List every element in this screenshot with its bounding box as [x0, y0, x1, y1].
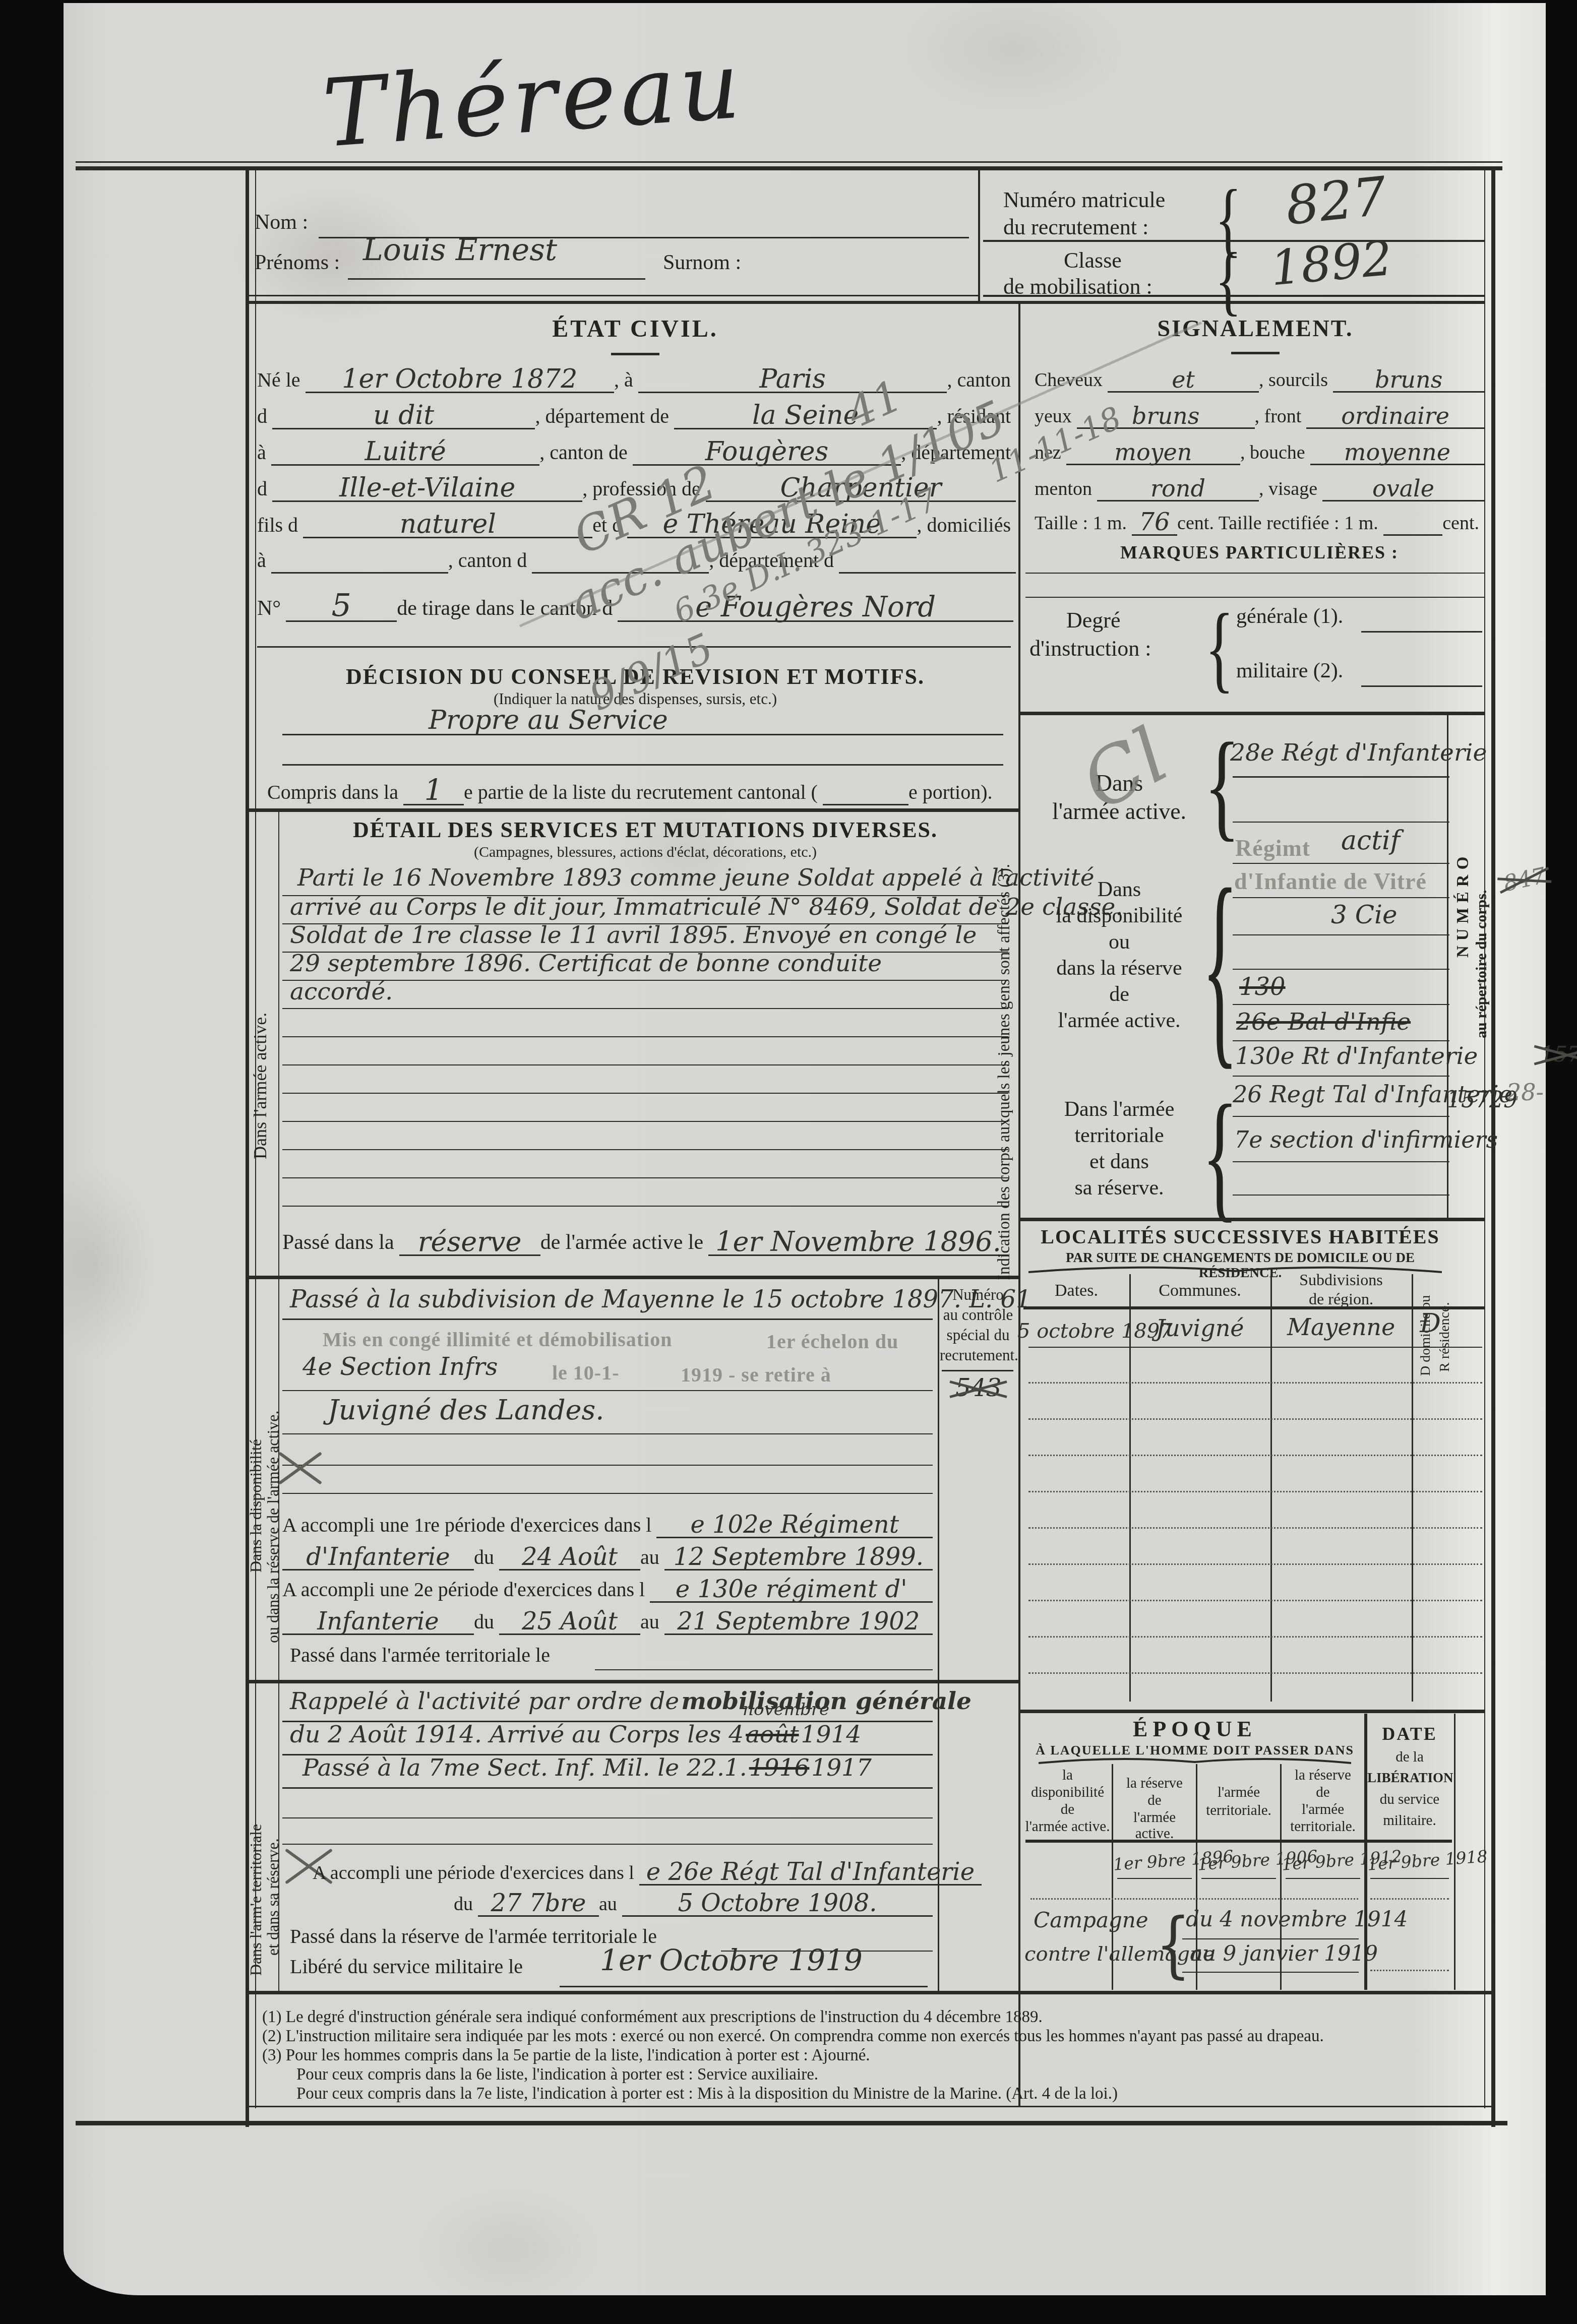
epoque-vline-u2 — [1117, 1878, 1192, 1879]
regiment-vitre-stamp-1: Régimt — [1235, 835, 1310, 861]
service-rule-6 — [282, 1036, 1008, 1037]
frame-top-heavy — [76, 166, 1502, 170]
ctrl-number-crossed: 543 — [955, 1377, 1002, 1400]
decision-line-1 — [282, 734, 1003, 735]
service-rule-5 — [282, 1008, 1008, 1009]
epoque-dot-1b — [1370, 1898, 1449, 1900]
novembre-interline: novembre — [743, 1702, 829, 1718]
localites-dot-1 — [1028, 1382, 1482, 1384]
corps-arrival-correction: novembre août — [746, 1724, 799, 1746]
localites-top-heavy — [1020, 1218, 1484, 1221]
demob-stamp-1: Mis en congé illimité et démobilisation — [323, 1328, 672, 1351]
terr-rule-4 — [282, 1817, 933, 1818]
degre-generale-line — [1361, 631, 1482, 633]
epoque-vline-u5 — [1370, 1878, 1449, 1879]
dispo-rule-5 — [282, 1493, 933, 1494]
aa-regiment-value: 28e Régt d'Infanterie — [1230, 742, 1452, 765]
localites-dot-6 — [1028, 1563, 1482, 1565]
epoque-col5-liberation: LIBÉRATION — [1367, 1770, 1452, 1785]
bouche-label: , bouche — [1240, 442, 1310, 465]
footnote-1: (1) Le degré d'instruction générale sera… — [262, 2008, 1043, 2027]
frame-bottom-hair — [248, 2106, 1493, 2107]
epoque-col4-d: territoriale. — [1282, 1818, 1364, 1835]
header-bottom-hair — [248, 295, 978, 296]
epoque-col3-b: territoriale. — [1197, 1802, 1280, 1818]
periode-terr-du: du — [454, 1893, 478, 1917]
localites-dot-3 — [1028, 1455, 1482, 1456]
terr-rule-5 — [282, 1844, 933, 1845]
epoque-col5-militaire: militaire. — [1367, 1812, 1452, 1829]
epoque-value-liberation: 1er 9bre 1918 — [1367, 1851, 1452, 1872]
detail-top-heavy — [248, 808, 1018, 812]
numero-crossed-1579: 1579 — [1541, 1044, 1577, 1064]
terr-r-line-1 — [1233, 1116, 1449, 1117]
dispo-r-line-7 — [1233, 1076, 1449, 1077]
epoque-col5-date: DATE — [1367, 1724, 1452, 1744]
margin-label-dispo-2: ou dans la réserve de l'armée active. — [264, 1300, 282, 1643]
dispo-rule-1 — [282, 1318, 933, 1320]
epoque-vline-u3 — [1201, 1878, 1276, 1879]
terr-label-3: et dans — [1039, 1150, 1200, 1174]
degre-militaire-label: militaire (2). — [1236, 659, 1343, 683]
localites-dot-4 — [1028, 1491, 1482, 1492]
front-value: ordinaire — [1306, 405, 1484, 429]
prenoms-line — [348, 278, 645, 280]
a3-blank — [271, 572, 448, 574]
margin-label-terr-2: et dans sa réserve. — [264, 1744, 282, 1956]
periode-1-row-2: d'Infanterie du 24 Août au 12 Septembre … — [282, 1545, 933, 1571]
degre-brace: { — [1205, 600, 1234, 697]
degre-label-2: d'instruction : — [1029, 636, 1151, 661]
periode-2-row-2: Infanterie du 25 Août au 21 Septembre 19… — [282, 1610, 933, 1635]
libere-label: Libéré du service militaire le — [290, 1956, 523, 1978]
epoque-col1-d: l'armée active. — [1023, 1818, 1112, 1835]
dispo-label-2: la disponibilité — [1039, 904, 1200, 928]
periode-terr-regiment: e 26e Régt Tal d'Infanterie — [639, 1861, 982, 1886]
passe-reserve-value-1: réserve — [399, 1229, 540, 1256]
visage-value: ovale — [1322, 478, 1484, 501]
compris-row: Compris dans la 1 e partie de la liste d… — [267, 776, 1003, 805]
degre-militaire-line — [1361, 685, 1482, 687]
periode-terr-label: A accompli une période d'exercices dans … — [313, 1862, 639, 1886]
service-rule-8 — [282, 1093, 1008, 1094]
marques-line-2 — [1025, 597, 1484, 598]
subdivision-line: Passé à la subdivision de Mayenne le 15 … — [290, 1288, 1032, 1311]
localites-row1-commune: Juvigné — [1132, 1317, 1268, 1340]
passe-reserve-label-b: de l'armée active le — [540, 1230, 709, 1256]
demob-stamp-3: 1919 - se retire à — [681, 1363, 831, 1387]
localites-col-subdiv-2: de région. — [1273, 1290, 1409, 1308]
periode-2-regiment: e 130e régiment d' — [650, 1578, 933, 1603]
epoque-col2-b: de — [1113, 1792, 1196, 1808]
campagne-label-1: Campagne — [1034, 1910, 1148, 1930]
localites-col-dr-1: D domicile ou — [1418, 1230, 1433, 1376]
aa-line-2 — [1233, 822, 1449, 823]
d-label: d — [257, 404, 272, 429]
localites-dot-9 — [1028, 1672, 1482, 1674]
departement-label: , département de — [535, 404, 674, 429]
epoque-col5-service: du service — [1367, 1791, 1452, 1807]
terr-rule-3 — [282, 1787, 933, 1789]
canton-value: u dit — [272, 403, 535, 429]
degre-label-1: Degré — [1066, 608, 1121, 633]
terr-label-1: Dans l'armée — [1039, 1098, 1200, 1121]
ctrl-label-3: spécial du — [940, 1327, 1016, 1344]
septieme-section-line: Passé à la 7me Sect. Inf. Mil. le 22.1. … — [302, 1757, 872, 1780]
service-rule-11 — [282, 1177, 1008, 1178]
header-bottom-heavy — [248, 301, 1484, 304]
ctrl-underline — [942, 1370, 1013, 1371]
libere-value: 1er Octobre 1919 — [600, 1946, 863, 1974]
signalement-dash — [1231, 352, 1280, 354]
classe-label-1: Classe — [1064, 248, 1122, 273]
numero-15729: 15729 — [1447, 1090, 1518, 1111]
classe-value: 1892 — [1269, 236, 1394, 292]
campagne-date-debut: du 4 novembre 1914 — [1186, 1909, 1408, 1929]
cent-label: cent. — [1442, 512, 1484, 536]
epoque-value-reserve-terr: 1er 9bre 1912 — [1281, 1851, 1365, 1872]
section-infirmiers: 7e section d'infirmiers — [1234, 1129, 1498, 1151]
service-rule-9 — [282, 1121, 1008, 1122]
epoque-dot-1 — [1030, 1898, 1358, 1900]
matricule-value: 827 — [1283, 171, 1389, 232]
periode-2-au: au — [640, 1610, 664, 1635]
margin-label-terr-1: Dans l'arm'e territoriale — [247, 1724, 265, 1976]
epoque-swash-ornament — [1039, 1757, 1351, 1765]
classe-brace: { — [1215, 241, 1242, 319]
regiment-vitre-stamp-2: d'Infantie de Vitré — [1234, 868, 1427, 895]
bouche-value: moyenne — [1310, 442, 1484, 465]
detail-subtitle: (Campagnes, blessures, actions d'éclat, … — [282, 844, 1008, 861]
frame-top-hair — [76, 161, 1502, 163]
septieme-section-text: Passé à la 7me Sect. Inf. Mil. le 22.1. — [302, 1754, 747, 1782]
periode-2-arme: Infanterie — [282, 1610, 474, 1635]
dispo-top-heavy — [248, 1276, 1018, 1279]
localites-title: LOCALITÉS SUCCESSIVES HABITÉES — [1023, 1226, 1457, 1248]
epoque-value-territoriale: 1er 9bre 1906 — [1197, 1851, 1281, 1872]
marques-label: MARQUES PARTICULIÈRES : — [1035, 542, 1484, 562]
epoque-col1-c: de — [1023, 1801, 1112, 1817]
year-corrected: 1917 — [811, 1754, 872, 1782]
numero-repertoire-label-2: au répertoire du corps. — [1473, 726, 1490, 1038]
rappele-line-1: Rappelé à l'activité par ordre de mobili… — [290, 1690, 972, 1713]
epoque-col2-a: la réserve — [1113, 1775, 1196, 1791]
margin-label-dispo-1: Dans la disponibilité — [247, 1361, 265, 1573]
dispo-label-1: Dans — [1039, 878, 1200, 902]
birth-date-value: 1er Octobre 1872 — [306, 367, 615, 393]
dispo-r-line-6 — [1233, 1040, 1449, 1041]
periode-2-row-1: A accompli une 2e période d'exercices da… — [282, 1578, 933, 1603]
regiment-vitre-actif: actif — [1341, 829, 1400, 853]
taille-row: Taille : 1 m. 76 cent. Taille rectifiée … — [1035, 511, 1484, 536]
epoque-value-reserve-active: 1er 9bre 1896 — [1113, 1851, 1196, 1872]
residence-value: Luitré — [271, 439, 540, 466]
taille-rectifiee-label: cent. Taille rectifiée : 1 m. — [1177, 512, 1383, 536]
decision-line-2 — [282, 764, 1003, 766]
periode-1-date-fin: 12 Septembre 1899. — [664, 1546, 933, 1571]
periode-terr-au: au — [599, 1893, 622, 1917]
localites-row1-dr: D — [1413, 1311, 1448, 1336]
epoque-top-heavy — [1020, 1710, 1484, 1713]
fils-de-label: fils d — [257, 513, 303, 538]
terr-r-line-3 — [1233, 1195, 1449, 1196]
terr-top-heavy — [248, 1680, 1018, 1683]
periode-2-label: A accompli une 2e période d'exercices da… — [282, 1578, 650, 1603]
localites-col-subdiv-1: Subdivisions — [1273, 1271, 1409, 1289]
marques-line-1 — [1025, 573, 1484, 574]
epoque-col1-b: disponibilité — [1023, 1784, 1112, 1800]
dispo-rule-3 — [282, 1433, 933, 1434]
dispo-r-line-3 — [1233, 934, 1449, 935]
reserve-row: Passé dans la réserve de l'armée active … — [282, 1229, 1008, 1256]
sourcils-label: , sourcils — [1259, 369, 1333, 393]
periode-1-label: A accompli une 1re période d'exercices d… — [282, 1513, 656, 1538]
campagne-line-1 — [1182, 1938, 1359, 1939]
surnom-label: Surnom : — [663, 251, 741, 275]
service-rule-12 — [282, 1206, 1008, 1207]
numero-tirage-value: 5 — [286, 591, 397, 622]
dispo-label-3: ou — [1039, 930, 1200, 954]
footnote-5: Pour ceux compris dans la 7e liste, l'in… — [296, 2085, 1118, 2103]
periode-1-row-1: A accompli une 1re période d'exercices d… — [282, 1513, 933, 1538]
rightcol-heavy-1 — [1020, 712, 1484, 715]
margin-label-armee-active: Dans l'armée active. — [250, 907, 270, 1159]
taille-value: 76 — [1132, 511, 1177, 536]
passe-reserve-value-2: 1er Novembre 1896. — [708, 1229, 1008, 1256]
prenoms-value: Louis Ernest — [363, 236, 557, 265]
header-divider — [978, 170, 980, 302]
periode-1-au: au — [640, 1545, 664, 1571]
a2-label: à — [257, 441, 271, 466]
numero-tirage-label: N° — [257, 596, 286, 622]
periode-terr-row-2: du 27 7bre au 5 Octobre 1908. — [454, 1892, 933, 1917]
passe-reserve-label-a: Passé dans la — [282, 1230, 399, 1256]
body-divider — [1018, 301, 1020, 2107]
ctrl-label-1: Numéro — [940, 1286, 1016, 1304]
degre-generale-label: générale (1). — [1236, 605, 1343, 629]
footer-top-heavy — [248, 1991, 1491, 1994]
epoque-header-rule — [1025, 1840, 1452, 1843]
ne-le-label: Né le — [257, 368, 306, 393]
rappele-line-2: du 2 Août 1914. Arrivé au Corps les 4 no… — [290, 1724, 861, 1746]
etat-civil-title: ÉTAT CIVIL. — [257, 316, 1013, 343]
service-line-1: Parti le 16 Novembre 1893 comme jeune So… — [297, 867, 1095, 890]
matricule-label-2: du recrutement : — [1003, 215, 1148, 239]
service-line-3: Soldat de 1re classe le 11 avril 1895. E… — [290, 924, 977, 947]
a-label: , à — [614, 368, 638, 393]
sourcils-value: bruns — [1333, 369, 1484, 393]
corps-arrival-text: du 2 Août 1914. Arrivé au Corps les 4 — [290, 1721, 744, 1748]
footnote-4: Pour ceux compris dans la 6e liste, l'in… — [296, 2065, 818, 2084]
value-130-crossed: 130 — [1239, 976, 1286, 999]
periode-2-date-debut: 25 Août — [499, 1610, 640, 1635]
matricule-label-1: Numéro matricule — [1003, 187, 1165, 212]
epoque-title: ÉPOQUE — [1023, 1717, 1366, 1741]
localites-row1-date: 5 octobre 1897 — [1017, 1322, 1133, 1341]
dispo-label-4: dans la réserve — [1039, 957, 1200, 980]
epoque-subtitle: À LAQUELLE L'HOMME DOIT PASSER DANS — [1023, 1743, 1366, 1757]
year-crossed: 1916 — [749, 1754, 810, 1782]
corps-arrival-year: 1914 — [801, 1721, 862, 1748]
service-rule-10 — [282, 1149, 1008, 1150]
dispo-rule-4 — [282, 1465, 933, 1466]
canton-de-label: , canton de — [539, 441, 632, 466]
epoque-col4-c: l'armée — [1282, 1801, 1364, 1817]
passe-territoriale-blank — [595, 1669, 933, 1670]
localites-dot-2 — [1028, 1418, 1482, 1420]
libere-line — [560, 1986, 928, 1987]
frame-bottom-heavy — [76, 2121, 1507, 2125]
dispo-r-line-5 — [1233, 1004, 1449, 1005]
scanned-register-page: Théreau Nom : Prénoms : Louis Ernest Sur… — [0, 0, 1577, 2324]
aout-crossed: août — [746, 1721, 799, 1748]
localites-col-dates: Dates. — [1023, 1281, 1129, 1300]
epoque-vline-u4 — [1286, 1878, 1360, 1879]
rappele-text: Rappelé à l'activité par ordre de — [290, 1687, 679, 1715]
localites-col-communes: Communes. — [1132, 1281, 1268, 1300]
terr-r-line-2 — [1233, 1161, 1449, 1162]
service-line-5: accordé. — [290, 981, 393, 1003]
periode-terr-row-1: A accompli une période d'exercices dans … — [313, 1861, 933, 1886]
ctrl-label-2: au contrôle — [940, 1306, 1016, 1324]
numero-repertoire-label-1: NUMÉRO — [1454, 786, 1473, 958]
nom-label: Nom : — [255, 211, 308, 234]
epoque-col4-a: la réserve — [1282, 1767, 1364, 1783]
decision-value: Propre au Service — [429, 708, 668, 733]
compagnie-value: 3 Cie — [1331, 903, 1398, 927]
demob-stamp-1b: 1er échelon du — [766, 1330, 898, 1353]
dispo-brace: { — [1202, 857, 1238, 1076]
footnote-3: (3) Pour les hommes compris dans la 5e p… — [262, 2046, 870, 2065]
localites-dot-8 — [1028, 1636, 1482, 1638]
detail-title: DÉTAIL DES SERVICES ET MUTATIONS DIVERSE… — [282, 818, 1008, 842]
etat-civil-dash — [611, 353, 659, 355]
retire-place: Juvigné des Landes. — [328, 1397, 604, 1423]
compris-value: 1 — [403, 776, 464, 805]
departement2-value: Ille-et-Vilaine — [272, 476, 582, 502]
d2-label: d — [257, 477, 272, 502]
dispo-r-line-1 — [1233, 863, 1449, 864]
passe-territoriale-label: Passé dans l'armée territoriale le — [290, 1644, 550, 1667]
aa-line-1 — [1233, 776, 1449, 778]
localites-header-rule — [1023, 1306, 1484, 1309]
epoque-col3-a: l'armée — [1197, 1784, 1280, 1800]
bataillon-26-crossed: 26e Bal d'Infie — [1236, 1011, 1411, 1034]
service-line-4: 29 septembre 1896. Certificat de bonne c… — [290, 953, 882, 975]
compris-label-a: Compris dans la — [267, 780, 403, 805]
campagne-date-fin: au 9 janvier 1919 — [1190, 1943, 1378, 1964]
service-rule-7 — [282, 1064, 1008, 1065]
dispo-label-6: l'armée active. — [1039, 1009, 1200, 1033]
regiment-130-value: 130e Rt d'Infanterie — [1235, 1045, 1478, 1068]
front-label: , front — [1255, 405, 1307, 429]
portion-blank — [823, 804, 908, 805]
periode-2-date-fin: 21 Septembre 1902 — [664, 1610, 933, 1635]
margin-label-corps-affectes: Indication des corps auxquels les jeunes… — [995, 746, 1014, 1280]
compris-label-b: e partie de la liste du recrutement cant… — [464, 780, 823, 805]
nom-signature: Théreau — [320, 41, 747, 159]
ctrl-label-4: recrutement. — [940, 1347, 1016, 1364]
periode-1-regiment: e 102e Régiment — [656, 1514, 933, 1538]
epoque-dot-2b — [1370, 1970, 1449, 1971]
periode-2-du: du — [474, 1610, 499, 1635]
margin-x-mark-1 — [276, 1436, 324, 1497]
periode-1-arme: d'Infanterie — [282, 1546, 474, 1571]
periode-terr-date-debut: 27 7bre — [478, 1892, 599, 1917]
epoque-col4-b: de — [1282, 1784, 1364, 1800]
terr-label-4: sa réserve. — [1039, 1176, 1200, 1200]
localites-dot-5 — [1028, 1527, 1482, 1529]
dispo-label-5: de — [1039, 983, 1200, 1007]
localites-dot-7 — [1028, 1600, 1482, 1601]
compris-label-c: e portion). — [908, 780, 998, 805]
visage-label: , visage — [1259, 478, 1322, 501]
dispo-rule-2 — [282, 1390, 933, 1391]
campagne-line-2 — [1182, 1972, 1359, 1973]
prenoms-label: Prénoms : — [255, 251, 340, 275]
taille-rectifiee-blank — [1383, 534, 1442, 536]
dispo-r-line-2 — [1233, 897, 1449, 898]
footnote-2: (2) L'instruction militaire sera indiqué… — [262, 2027, 1324, 2046]
localites-row1-line — [1028, 1347, 1482, 1348]
localites-col-dr-2: R résidence. — [1437, 1236, 1452, 1372]
periode-1-du: du — [474, 1545, 499, 1571]
epoque-col5-dela: de la — [1367, 1749, 1452, 1765]
dispo-r-line-4 — [1233, 969, 1449, 970]
a3-label: à — [257, 548, 271, 574]
terr-label-2: territoriale — [1039, 1124, 1200, 1148]
localites-row1-subdivision: Mayenne — [1273, 1316, 1409, 1339]
periode-terr-date-fin: 5 Octobre 1908. — [622, 1892, 933, 1917]
periode-1-date-debut: 24 Août — [499, 1546, 640, 1571]
epoque-col2-c: l'armée active. — [1113, 1809, 1196, 1842]
demob-hand-section: 4e Section Infrs — [302, 1356, 498, 1379]
epoque-col1-a: la — [1023, 1767, 1112, 1783]
demob-stamp-2: le 10-1- — [552, 1361, 620, 1385]
